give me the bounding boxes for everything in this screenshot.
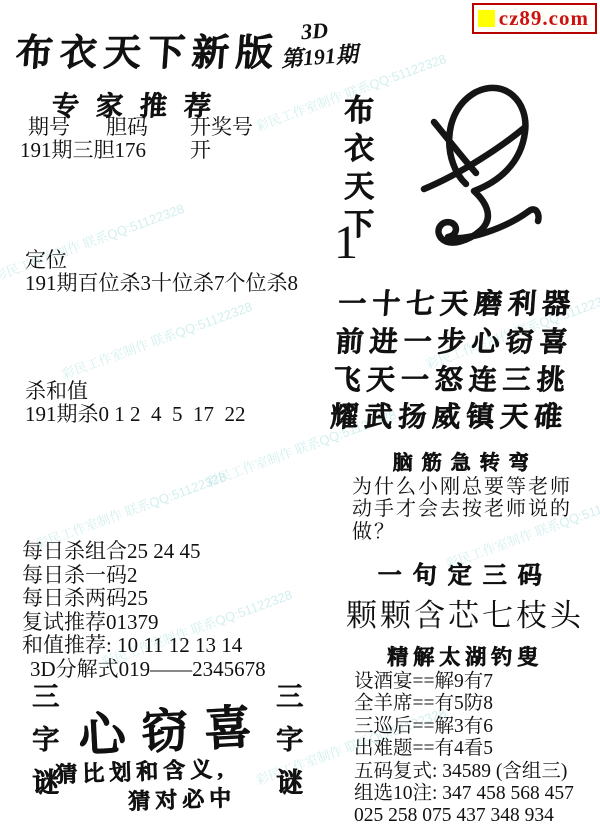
table-row-period-dan: 191期三胆176 (20, 139, 146, 162)
daily-line: 复试推荐01379 (22, 611, 266, 635)
daily-recommendations: 每日杀组合25 24 45 每日杀一码2 每日杀两码25 复试推荐01379 和… (22, 540, 266, 682)
watermark-text: 彩民工作室制作 联系QQ:51122328 (59, 296, 255, 383)
taihu-line: 025 258 075 437 348 934 (354, 805, 574, 827)
taihu-line: 全羊席==有5防8 (354, 693, 574, 715)
site-badge-link[interactable]: cz89.com (472, 3, 597, 34)
column-header-danma: 胆码 (106, 116, 148, 139)
taihu-line: 三巡后==解3有6 (354, 716, 574, 738)
riddle-note-2: 猜对必中 (127, 781, 236, 816)
one-sentence-line: 颗颗含芯七枝头 (330, 590, 600, 635)
daily-line: 每日杀组合25 24 45 (22, 540, 266, 564)
poem-line: 前进一步心窃喜 (334, 324, 575, 362)
kill-sum-heading: 杀和值 (25, 380, 88, 403)
daily-line: 每日杀一码2 (22, 564, 266, 588)
brainteaser-question: 为什么小刚总要等老师 动手才会去按老师说的 做？ (352, 476, 572, 543)
riddle-label-right: 三字谜 (268, 682, 307, 811)
poem-block: 一十七天磨利器 前进一步心窃喜 飞天一怒连三挑 耀武扬威镇天碓 (329, 286, 578, 437)
taihu-line: 出难题==有4看5 (354, 738, 574, 760)
taihu-heading: 精解太湖钓叟 (330, 641, 600, 671)
taihu-line: 组选10注: 347 458 568 457 (354, 783, 574, 805)
one-sentence-heading: 一句定三码 (330, 555, 600, 590)
riddle-label-left: 三字谜 (24, 682, 63, 811)
brainteaser-line: 做？ (352, 521, 572, 543)
issue-number: 3D 第191期 (278, 15, 361, 72)
poem-line: 飞天一怒连三挑 (331, 362, 572, 400)
daily-line: 和值推荐: 10 11 12 13 14 (22, 634, 266, 658)
site-url: cz89.com (499, 6, 589, 31)
lottery-flyer-page: { "site_badge": { "text": "cz89.com" }, … (0, 0, 600, 838)
poem-line: 耀武扬威镇天碓 (329, 399, 570, 437)
dingwei-line: 191期百位杀3十位杀7个位杀8 (25, 272, 298, 295)
table-row-draw: 开 (190, 139, 211, 162)
taihu-line: 五码复式: 34589 (含组三) (354, 761, 574, 783)
page-title: 布衣天下新版 (14, 22, 282, 76)
daily-line: 3D分解式019——2345678 (30, 658, 266, 682)
site-logo-square-icon (478, 10, 495, 27)
column-header-draw: 开奖号 (190, 116, 253, 139)
kill-sum-line: 191期杀0 1 2 4 5 17 22 (25, 403, 246, 426)
column-header-period: 期号 (28, 116, 70, 139)
big-number: 1 (334, 218, 358, 268)
daily-line: 每日杀两码25 (22, 587, 266, 611)
issue-game: 3D (300, 15, 360, 45)
issue-period: 第191期 (280, 41, 362, 73)
brainteaser-line: 动手才会去按老师说的 (352, 498, 572, 520)
poem-line: 一十七天磨利器 (337, 286, 578, 324)
handwritten-doodle-character (388, 78, 560, 290)
taihu-solutions: 设酒宴==解9有7 全羊席==有5防8 三巡后==解3有6 出难题==有4看5 … (354, 671, 574, 828)
brainteaser-line: 为什么小刚总要等老师 (352, 476, 572, 498)
dingwei-heading: 定位 (25, 249, 67, 272)
brainteaser-heading: 脑筋急转弯 (330, 446, 600, 475)
taihu-line: 设酒宴==解9有7 (354, 671, 574, 693)
